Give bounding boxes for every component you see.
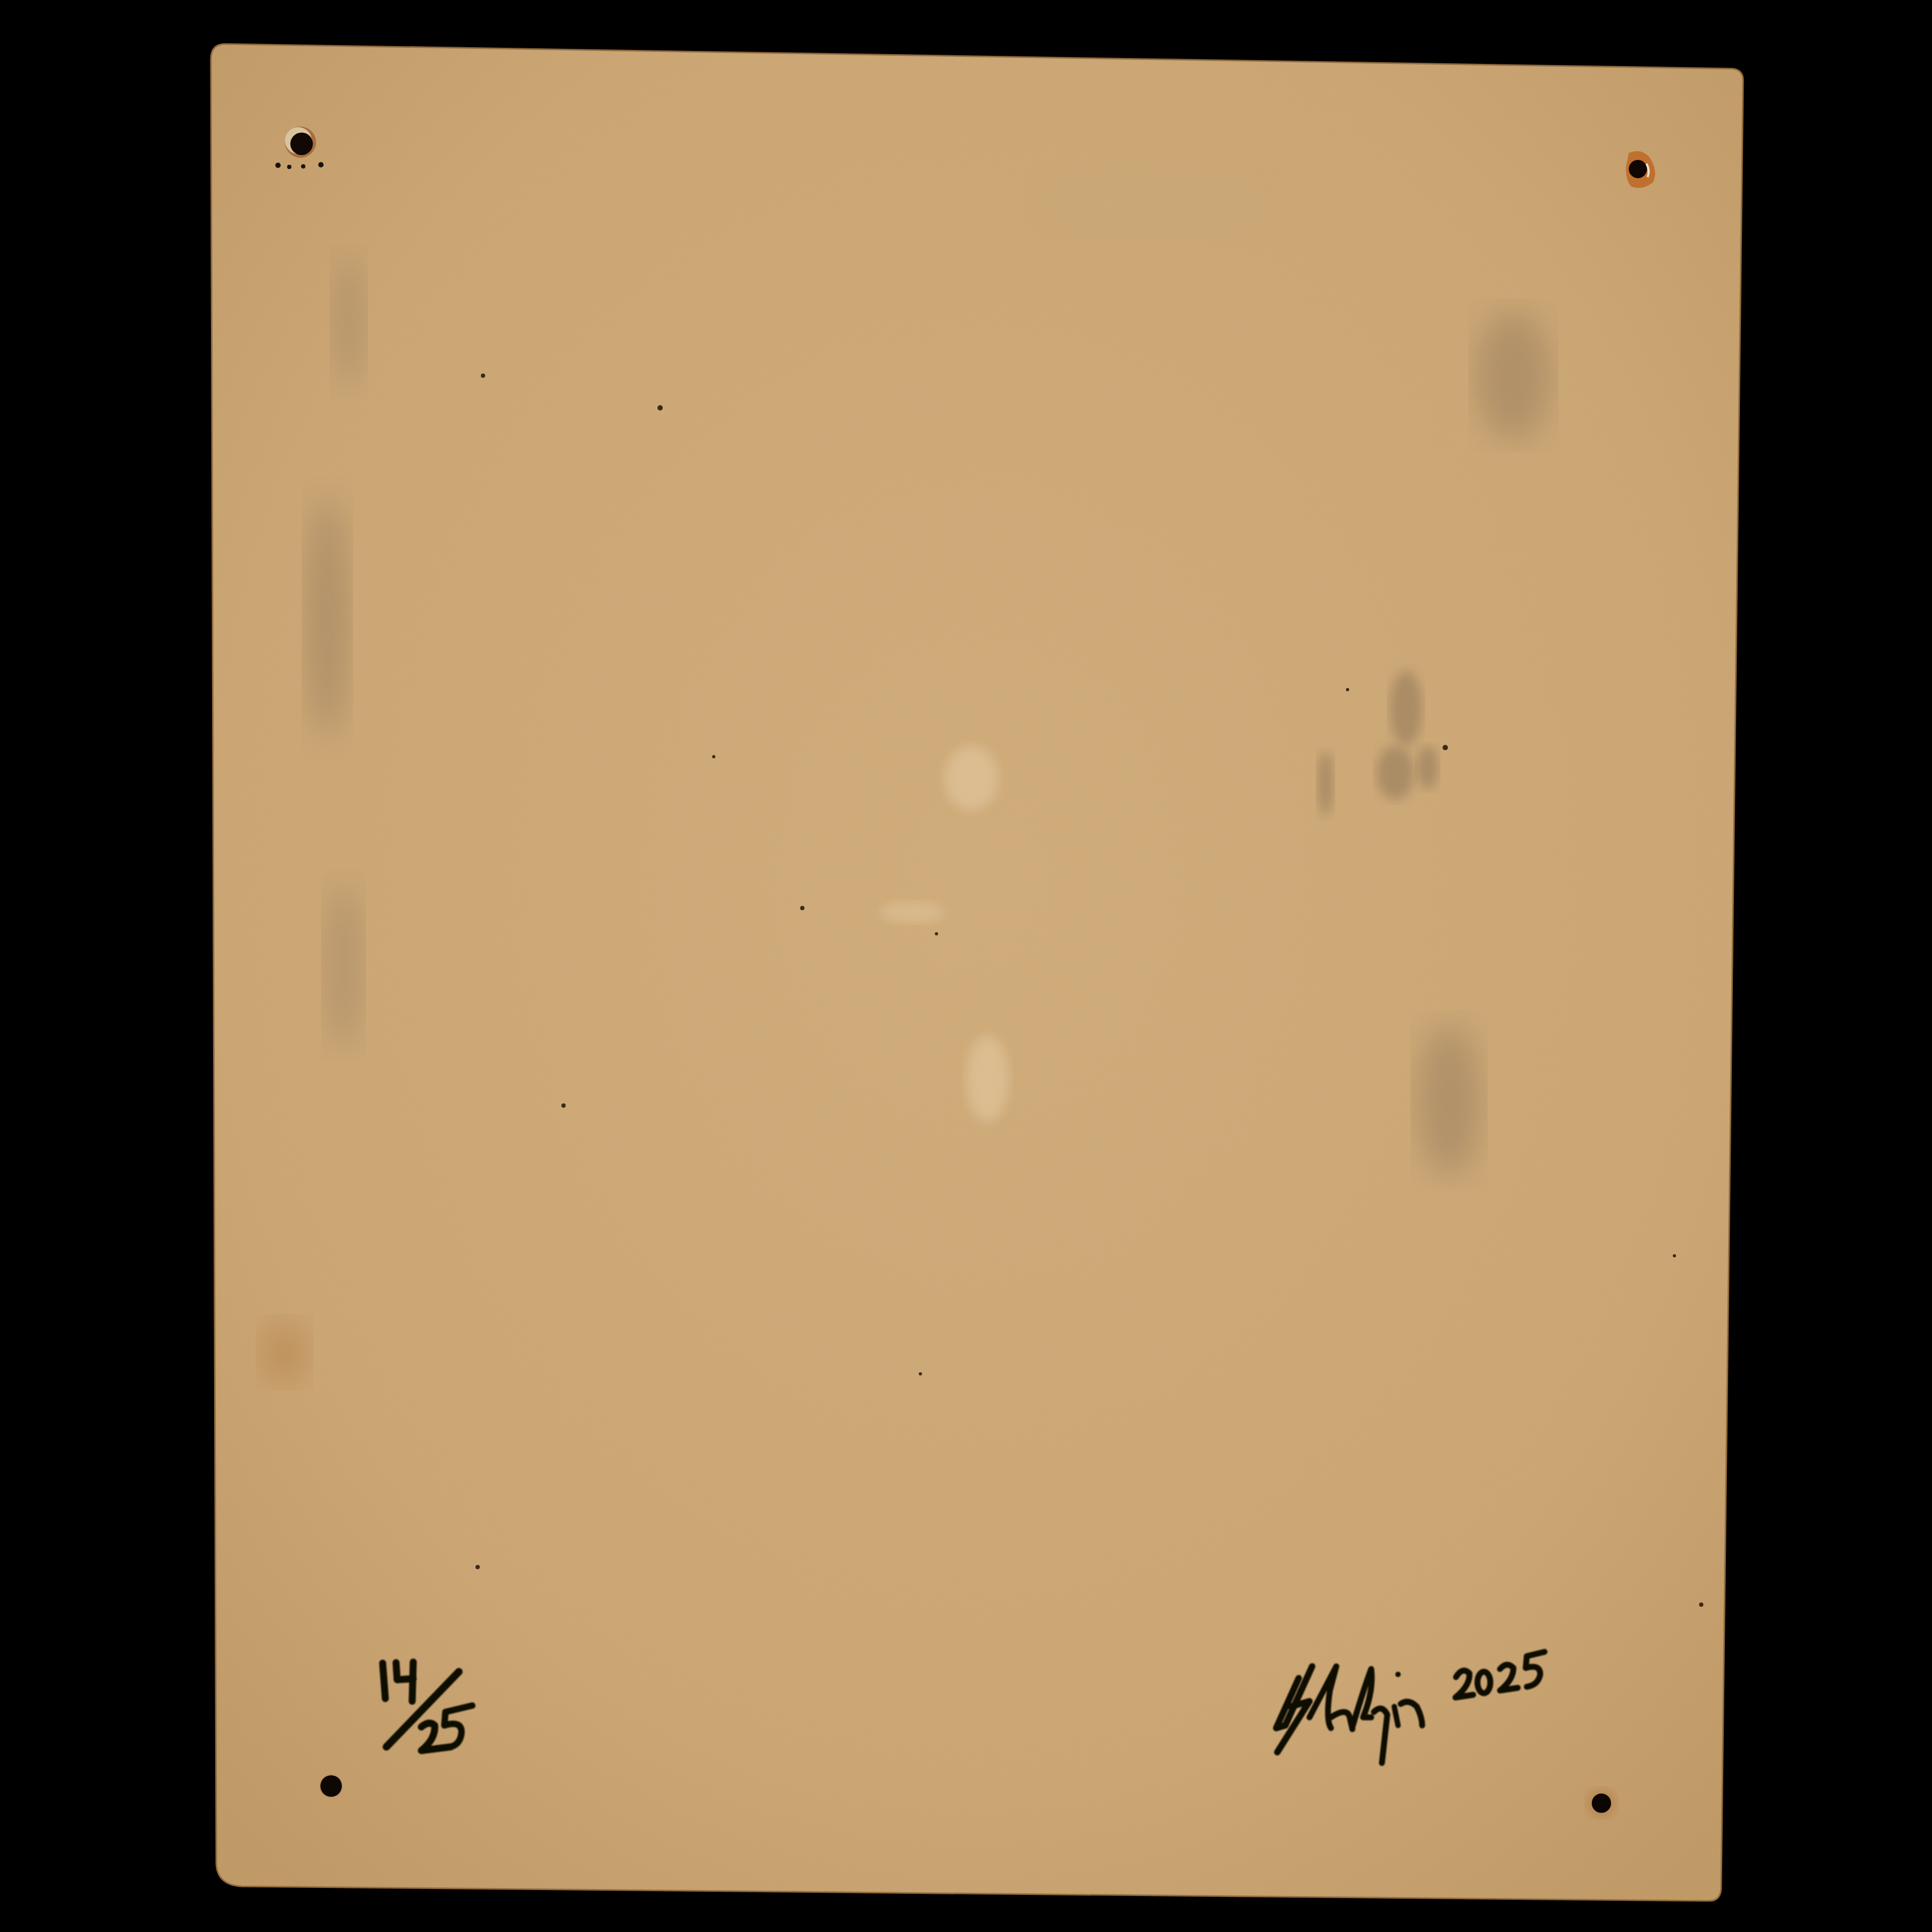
hardboard-panel [204, 38, 1750, 1905]
bottom-right-hole [1587, 1789, 1615, 1817]
photo-scene: 14/25 signature 2025 [0, 0, 1932, 1932]
year-text: 2025 [0, 0, 2, 1]
signature-text: signature [0, 0, 3, 1]
edition-number-text: 14/25 [0, 0, 2, 1]
bottom-left-hole [319, 1774, 343, 1798]
